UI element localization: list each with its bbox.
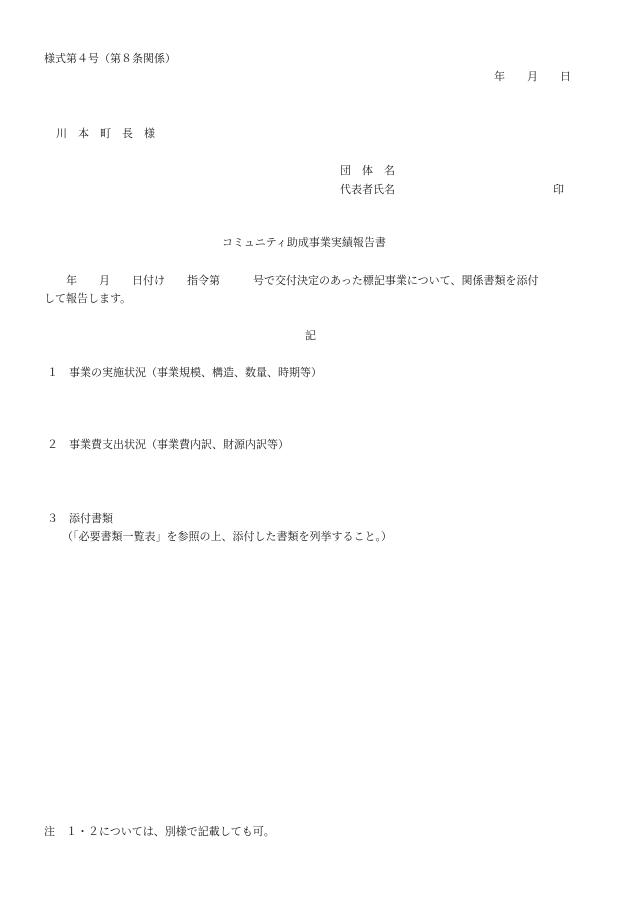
org-name-label: 団 体 名	[340, 164, 395, 178]
seal-mark: 印	[553, 183, 564, 197]
footnote: 注 １・２については、別様で記載しても可。	[44, 825, 275, 839]
document-title: コミュニティ助成事業実績報告書	[222, 236, 386, 250]
body-line-2: して報告します。	[44, 292, 131, 306]
body-line-1: 年 月 日付け 指令第 号で交付決定のあった標記事業について、関係書類を添付	[44, 274, 538, 288]
addressee: 川 本 町 長 様	[56, 127, 155, 141]
section-3-label: ３ 添付書類	[47, 512, 113, 526]
representative-name-label: 代表者氏名	[340, 183, 395, 197]
section-1-label: １ 事業の実施状況（事業規模、構造、数量、時期等）	[47, 366, 322, 380]
form-label: 様式第４号（第８条関係）	[44, 52, 176, 66]
section-3-note: （「必要書類一覧表」を参照の上、添付した書類を列挙すること。）	[62, 530, 392, 544]
ki-heading: 記	[305, 329, 316, 343]
date-line: 年 月 日	[494, 70, 571, 84]
section-2-label: ２ 事業費支出状況（事業費内訳、財源内訳等）	[47, 438, 289, 452]
